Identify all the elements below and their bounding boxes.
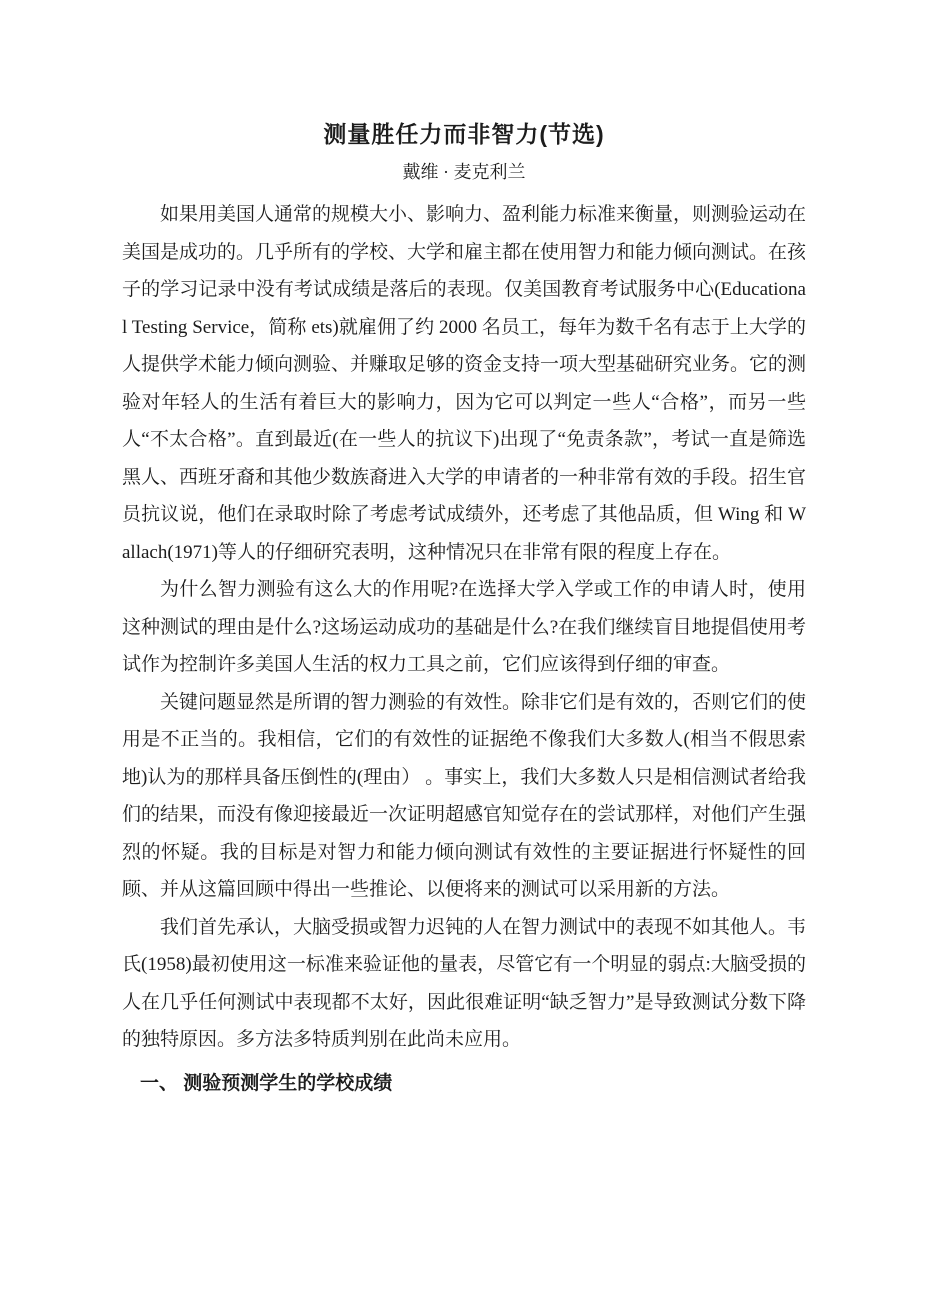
document-title: 测量胜任力而非智力(节选) [122, 118, 806, 150]
document-content: 测量胜任力而非智力(节选) 戴维 · 麦克利兰 如果用美国人通常的规模大小、影响… [122, 0, 806, 1099]
paragraph-1: 如果用美国人通常的规模大小、影响力、盈利能力标准来衡量，则测验运动在美国是成功的… [122, 196, 806, 571]
document-page: 测量胜任力而非智力(节选) 戴维 · 麦克利兰 如果用美国人通常的规模大小、影响… [0, 0, 926, 1309]
document-body: 如果用美国人通常的规模大小、影响力、盈利能力标准来衡量，则测验运动在美国是成功的… [122, 196, 806, 1059]
document-author: 戴维 · 麦克利兰 [122, 158, 806, 186]
paragraph-2: 为什么智力测验有这么大的作用呢?在选择大学入学或工作的申请人时，使用这种测试的理… [122, 571, 806, 684]
paragraph-3: 关键问题显然是所谓的智力测验的有效性。除非它们是有效的，否则它们的使用是不正当的… [122, 684, 806, 909]
paragraph-4: 我们首先承认，大脑受损或智力迟钝的人在智力测试中的表现不如其他人。韦氏(1958… [122, 909, 806, 1059]
section-heading: 一、 测验预测学生的学校成绩 [122, 1069, 806, 1099]
